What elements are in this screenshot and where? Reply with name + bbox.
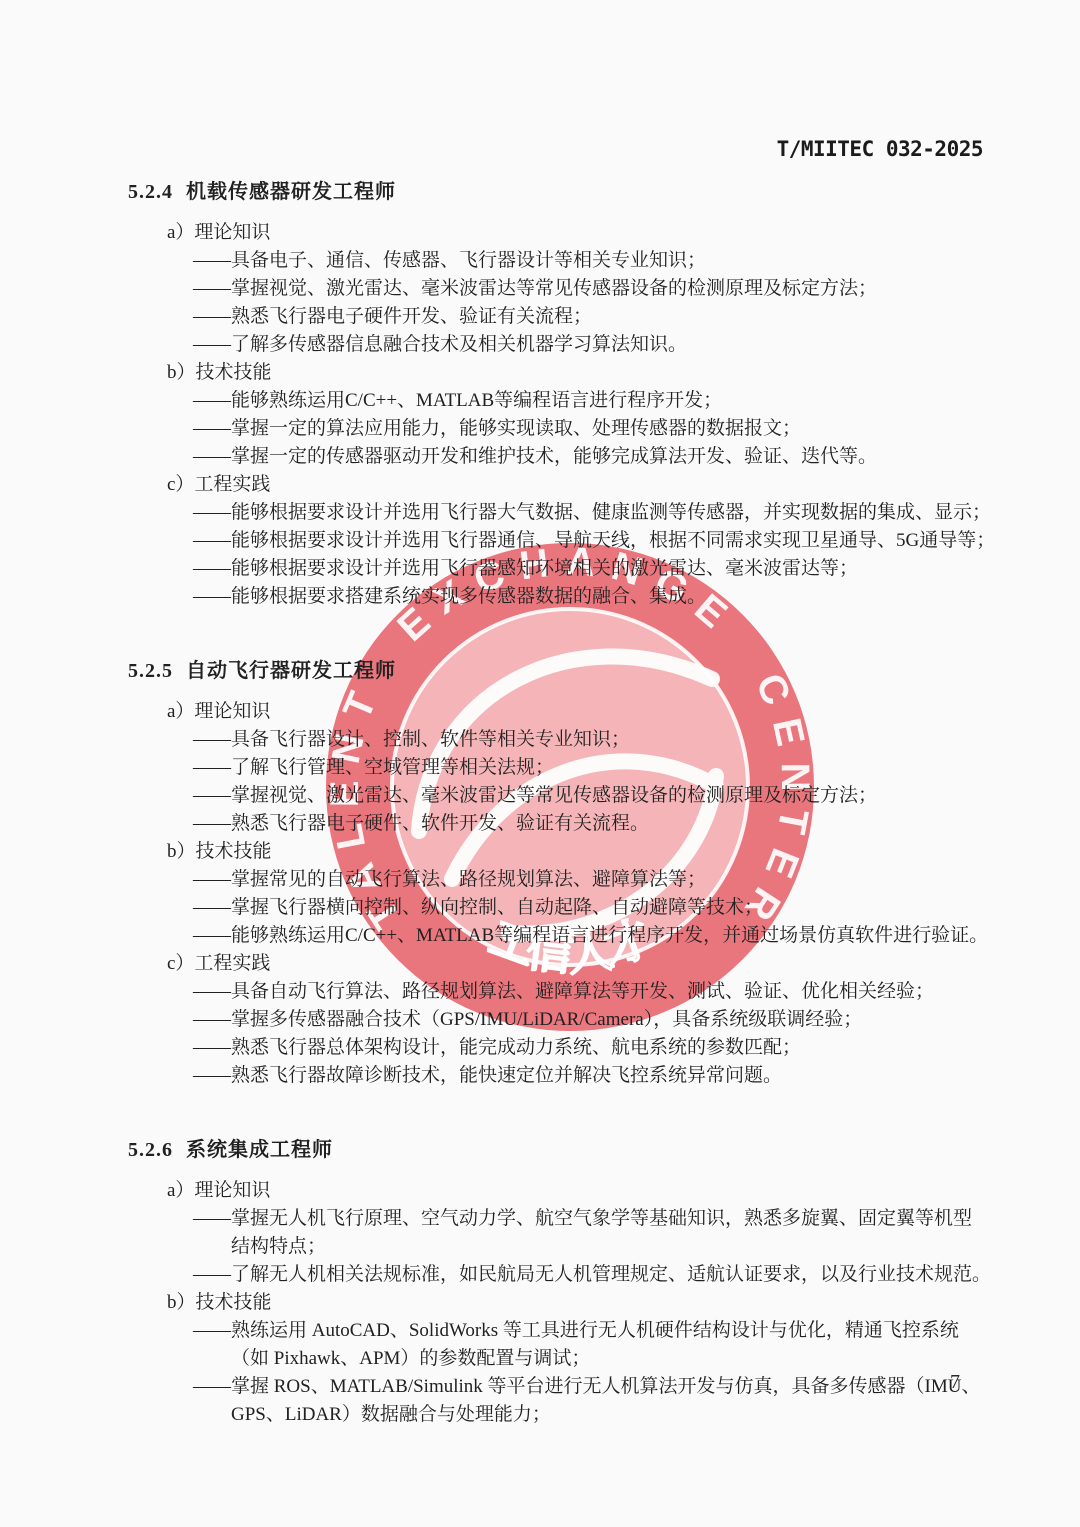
requirement-item: ——掌握 ROS、MATLAB/Simulink 等平台进行无人机算法开发与仿真…: [193, 1373, 985, 1429]
group-items: ——能够根据要求设计并选用飞行器大气数据、健康监测等传感器，并实现数据的集成、显…: [193, 499, 985, 611]
group-label: a）理论知识: [167, 219, 985, 247]
group-label: a）理论知识: [167, 1177, 985, 1205]
text-line: ——能够根据要求设计并选用飞行器通信、导航天线，根据不同需求实现卫星通导、5G通…: [193, 527, 985, 555]
text-line: ——掌握 ROS、MATLAB/Simulink 等平台进行无人机算法开发与仿真…: [193, 1373, 985, 1401]
group-label: c）工程实践: [167, 950, 985, 978]
text-line: ——能够熟练运用C/C++、MATLAB等编程语言进行程序开发，并通过场景仿真软…: [193, 922, 985, 950]
requirement-item: ——能够熟练运用C/C++、MATLAB等编程语言进行程序开发；: [193, 387, 985, 415]
text-line: ——能够熟练运用C/C++、MATLAB等编程语言进行程序开发；: [193, 387, 985, 415]
section-heading: 5.2.6系统集成工程师: [128, 1136, 985, 1164]
text-line: ——具备飞行器设计、控制、软件等相关专业知识；: [193, 726, 985, 754]
text-line: GPS、LiDAR）数据融合与处理能力；: [193, 1401, 985, 1429]
text-line: ——熟练运用 AutoCAD、SolidWorks 等工具进行无人机硬件结构设计…: [193, 1317, 985, 1345]
text-line: ——了解多传感器信息融合技术及相关机器学习算法知识。: [193, 331, 985, 359]
text-line: 结构特点；: [193, 1233, 985, 1261]
requirement-group: c）工程实践 ——具备自动飞行算法、路径规划算法、避障算法等开发、测试、验证、优…: [128, 950, 985, 1090]
requirement-item: ——熟悉飞行器电子硬件、软件开发、验证有关流程。: [193, 810, 985, 838]
text-line: ——了解飞行管理、空域管理等相关法规；: [193, 754, 985, 782]
text-line: ——掌握飞行器横向控制、纵向控制、自动起降、自动避障等技术；: [193, 894, 985, 922]
section: 5.2.4机载传感器研发工程师 a）理论知识 ——具备电子、通信、传感器、飞行器…: [128, 178, 985, 611]
text-line: ——掌握视觉、激光雷达、毫米波雷达等常见传感器设备的检测原理及标定方法；: [193, 275, 985, 303]
text-line: ——熟悉飞行器故障诊断技术，能快速定位并解决飞控系统异常问题。: [193, 1062, 985, 1090]
requirement-item: ——能够根据要求搭建系统实现多传感器数据的融合、集成。: [193, 583, 985, 611]
group-label: a）理论知识: [167, 698, 985, 726]
requirement-item: ——掌握视觉、激光雷达、毫米波雷达等常见传感器设备的检测原理及标定方法；: [193, 782, 985, 810]
group-items: ——能够熟练运用C/C++、MATLAB等编程语言进行程序开发；——掌握一定的算…: [193, 387, 985, 471]
group-label: b）技术技能: [167, 359, 985, 387]
text-line: ——具备自动飞行算法、路径规划算法、避障算法等开发、测试、验证、优化相关经验；: [193, 978, 985, 1006]
requirement-item: ——掌握视觉、激光雷达、毫米波雷达等常见传感器设备的检测原理及标定方法；: [193, 275, 985, 303]
section-number: 5.2.5: [128, 660, 173, 682]
section-groups: a）理论知识 ——掌握无人机飞行原理、空气动力学、航空气象学等基础知识，熟悉多旋…: [128, 1177, 985, 1429]
text-line: ——掌握无人机飞行原理、空气动力学、航空气象学等基础知识，熟悉多旋翼、固定翼等机…: [193, 1205, 985, 1233]
section-number: 5.2.4: [128, 181, 173, 203]
section-title: 系统集成工程师: [186, 1139, 333, 1161]
requirement-group: a）理论知识 ——掌握无人机飞行原理、空气动力学、航空气象学等基础知识，熟悉多旋…: [128, 1177, 985, 1289]
requirement-item: ——掌握一定的算法应用能力，能够实现读取、处理传感器的数据报文；: [193, 415, 985, 443]
requirement-item: ——掌握一定的传感器驱动开发和维护技术，能够完成算法开发、验证、迭代等。: [193, 443, 985, 471]
text-line: ——掌握一定的算法应用能力，能够实现读取、处理传感器的数据报文；: [193, 415, 985, 443]
group-items: ——掌握无人机飞行原理、空气动力学、航空气象学等基础知识，熟悉多旋翼、固定翼等机…: [193, 1205, 985, 1289]
requirement-item: ——掌握飞行器横向控制、纵向控制、自动起降、自动避障等技术；: [193, 894, 985, 922]
group-items: ——具备飞行器设计、控制、软件等相关专业知识；——了解飞行管理、空域管理等相关法…: [193, 726, 985, 838]
section: 5.2.6系统集成工程师 a）理论知识 ——掌握无人机飞行原理、空气动力学、航空…: [128, 1136, 985, 1429]
requirement-group: b）技术技能 ——熟练运用 AutoCAD、SolidWorks 等工具进行无人…: [128, 1289, 985, 1429]
section: 5.2.5自动飞行器研发工程师 a）理论知识 ——具备飞行器设计、控制、软件等相…: [128, 657, 985, 1090]
text-line: ——熟悉飞行器电子硬件、软件开发、验证有关流程。: [193, 810, 985, 838]
requirement-item: ——了解无人机相关法规标准，如民航局无人机管理规定、适航认证要求，以及行业技术规…: [193, 1261, 985, 1289]
requirement-item: ——能够根据要求设计并选用飞行器大气数据、健康监测等传感器，并实现数据的集成、显…: [193, 499, 985, 527]
text-line: ——熟悉飞行器电子硬件开发、验证有关流程；: [193, 303, 985, 331]
text-line: ——能够根据要求设计并选用飞行器大气数据、健康监测等传感器，并实现数据的集成、显…: [193, 499, 985, 527]
section-heading: 5.2.5自动飞行器研发工程师: [128, 657, 985, 685]
requirement-item: ——掌握常见的自动飞行算法、路径规划算法、避障算法等；: [193, 866, 985, 894]
document-page: { "header": { "doc_code": "T/MIITEC 032-…: [0, 0, 1080, 1527]
requirement-item: ——能够根据要求设计并选用飞行器通信、导航天线，根据不同需求实现卫星通导、5G通…: [193, 527, 985, 555]
requirement-item: ——熟悉飞行器总体架构设计，能完成动力系统、航电系统的参数匹配；: [193, 1034, 985, 1062]
group-label: b）技术技能: [167, 1289, 985, 1317]
text-line: （如 Pixhawk、APM）的参数配置与调试；: [193, 1345, 985, 1373]
text-line: ——了解无人机相关法规标准，如民航局无人机管理规定、适航认证要求，以及行业技术规…: [193, 1261, 985, 1289]
text-line: ——能够根据要求搭建系统实现多传感器数据的融合、集成。: [193, 583, 985, 611]
group-items: ——具备自动飞行算法、路径规划算法、避障算法等开发、测试、验证、优化相关经验；—…: [193, 978, 985, 1090]
requirement-item: ——掌握无人机飞行原理、空气动力学、航空气象学等基础知识，熟悉多旋翼、固定翼等机…: [193, 1205, 985, 1261]
requirement-item: ——熟悉飞行器故障诊断技术，能快速定位并解决飞控系统异常问题。: [193, 1062, 985, 1090]
section-groups: a）理论知识 ——具备电子、通信、传感器、飞行器设计等相关专业知识；——掌握视觉…: [128, 219, 985, 611]
requirement-item: ——具备自动飞行算法、路径规划算法、避障算法等开发、测试、验证、优化相关经验；: [193, 978, 985, 1006]
group-label: c）工程实践: [167, 471, 985, 499]
requirement-item: ——掌握多传感器融合技术（GPS/IMU/LiDAR/Camera），具备系统级…: [193, 1006, 985, 1034]
text-line: ——掌握一定的传感器驱动开发和维护技术，能够完成算法开发、验证、迭代等。: [193, 443, 985, 471]
section-title: 自动飞行器研发工程师: [186, 660, 396, 682]
requirement-item: ——具备飞行器设计、控制、软件等相关专业知识；: [193, 726, 985, 754]
text-line: ——掌握常见的自动飞行算法、路径规划算法、避障算法等；: [193, 866, 985, 894]
text-line: ——熟悉飞行器总体架构设计，能完成动力系统、航电系统的参数匹配；: [193, 1034, 985, 1062]
requirement-item: ——具备电子、通信、传感器、飞行器设计等相关专业知识；: [193, 247, 985, 275]
requirement-item: ——熟悉飞行器电子硬件开发、验证有关流程；: [193, 303, 985, 331]
section-number: 5.2.6: [128, 1139, 173, 1161]
text-line: ——能够根据要求设计并选用飞行器感知环境相关的激光雷达、毫米波雷达等；: [193, 555, 985, 583]
requirement-group: a）理论知识 ——具备电子、通信、传感器、飞行器设计等相关专业知识；——掌握视觉…: [128, 219, 985, 359]
requirement-item: ——能够熟练运用C/C++、MATLAB等编程语言进行程序开发，并通过场景仿真软…: [193, 922, 985, 950]
requirement-group: b）技术技能 ——能够熟练运用C/C++、MATLAB等编程语言进行程序开发；—…: [128, 359, 985, 471]
group-items: ——掌握常见的自动飞行算法、路径规划算法、避障算法等；——掌握飞行器横向控制、纵…: [193, 866, 985, 950]
requirement-item: ——能够根据要求设计并选用飞行器感知环境相关的激光雷达、毫米波雷达等；: [193, 555, 985, 583]
text-line: ——掌握多传感器融合技术（GPS/IMU/LiDAR/Camera），具备系统级…: [193, 1006, 985, 1034]
text-line: ——具备电子、通信、传感器、飞行器设计等相关专业知识；: [193, 247, 985, 275]
doc-code-header: T/MIITEC 032-2025: [777, 137, 983, 161]
section-groups: a）理论知识 ——具备飞行器设计、控制、软件等相关专业知识；——了解飞行管理、空…: [128, 698, 985, 1090]
section-title: 机载传感器研发工程师: [186, 181, 396, 203]
text-line: ——掌握视觉、激光雷达、毫米波雷达等常见传感器设备的检测原理及标定方法；: [193, 782, 985, 810]
group-items: ——熟练运用 AutoCAD、SolidWorks 等工具进行无人机硬件结构设计…: [193, 1317, 985, 1429]
requirement-group: c）工程实践 ——能够根据要求设计并选用飞行器大气数据、健康监测等传感器，并实现…: [128, 471, 985, 611]
page-number: 7: [950, 1371, 960, 1394]
requirement-item: ——了解飞行管理、空域管理等相关法规；: [193, 754, 985, 782]
group-items: ——具备电子、通信、传感器、飞行器设计等相关专业知识；——掌握视觉、激光雷达、毫…: [193, 247, 985, 359]
section-heading: 5.2.4机载传感器研发工程师: [128, 178, 985, 206]
document-body: 5.2.4机载传感器研发工程师 a）理论知识 ——具备电子、通信、传感器、飞行器…: [128, 170, 985, 1429]
requirement-group: a）理论知识 ——具备飞行器设计、控制、软件等相关专业知识；——了解飞行管理、空…: [128, 698, 985, 838]
requirement-group: b）技术技能 ——掌握常见的自动飞行算法、路径规划算法、避障算法等；——掌握飞行…: [128, 838, 985, 950]
requirement-item: ——熟练运用 AutoCAD、SolidWorks 等工具进行无人机硬件结构设计…: [193, 1317, 985, 1373]
requirement-item: ——了解多传感器信息融合技术及相关机器学习算法知识。: [193, 331, 985, 359]
group-label: b）技术技能: [167, 838, 985, 866]
